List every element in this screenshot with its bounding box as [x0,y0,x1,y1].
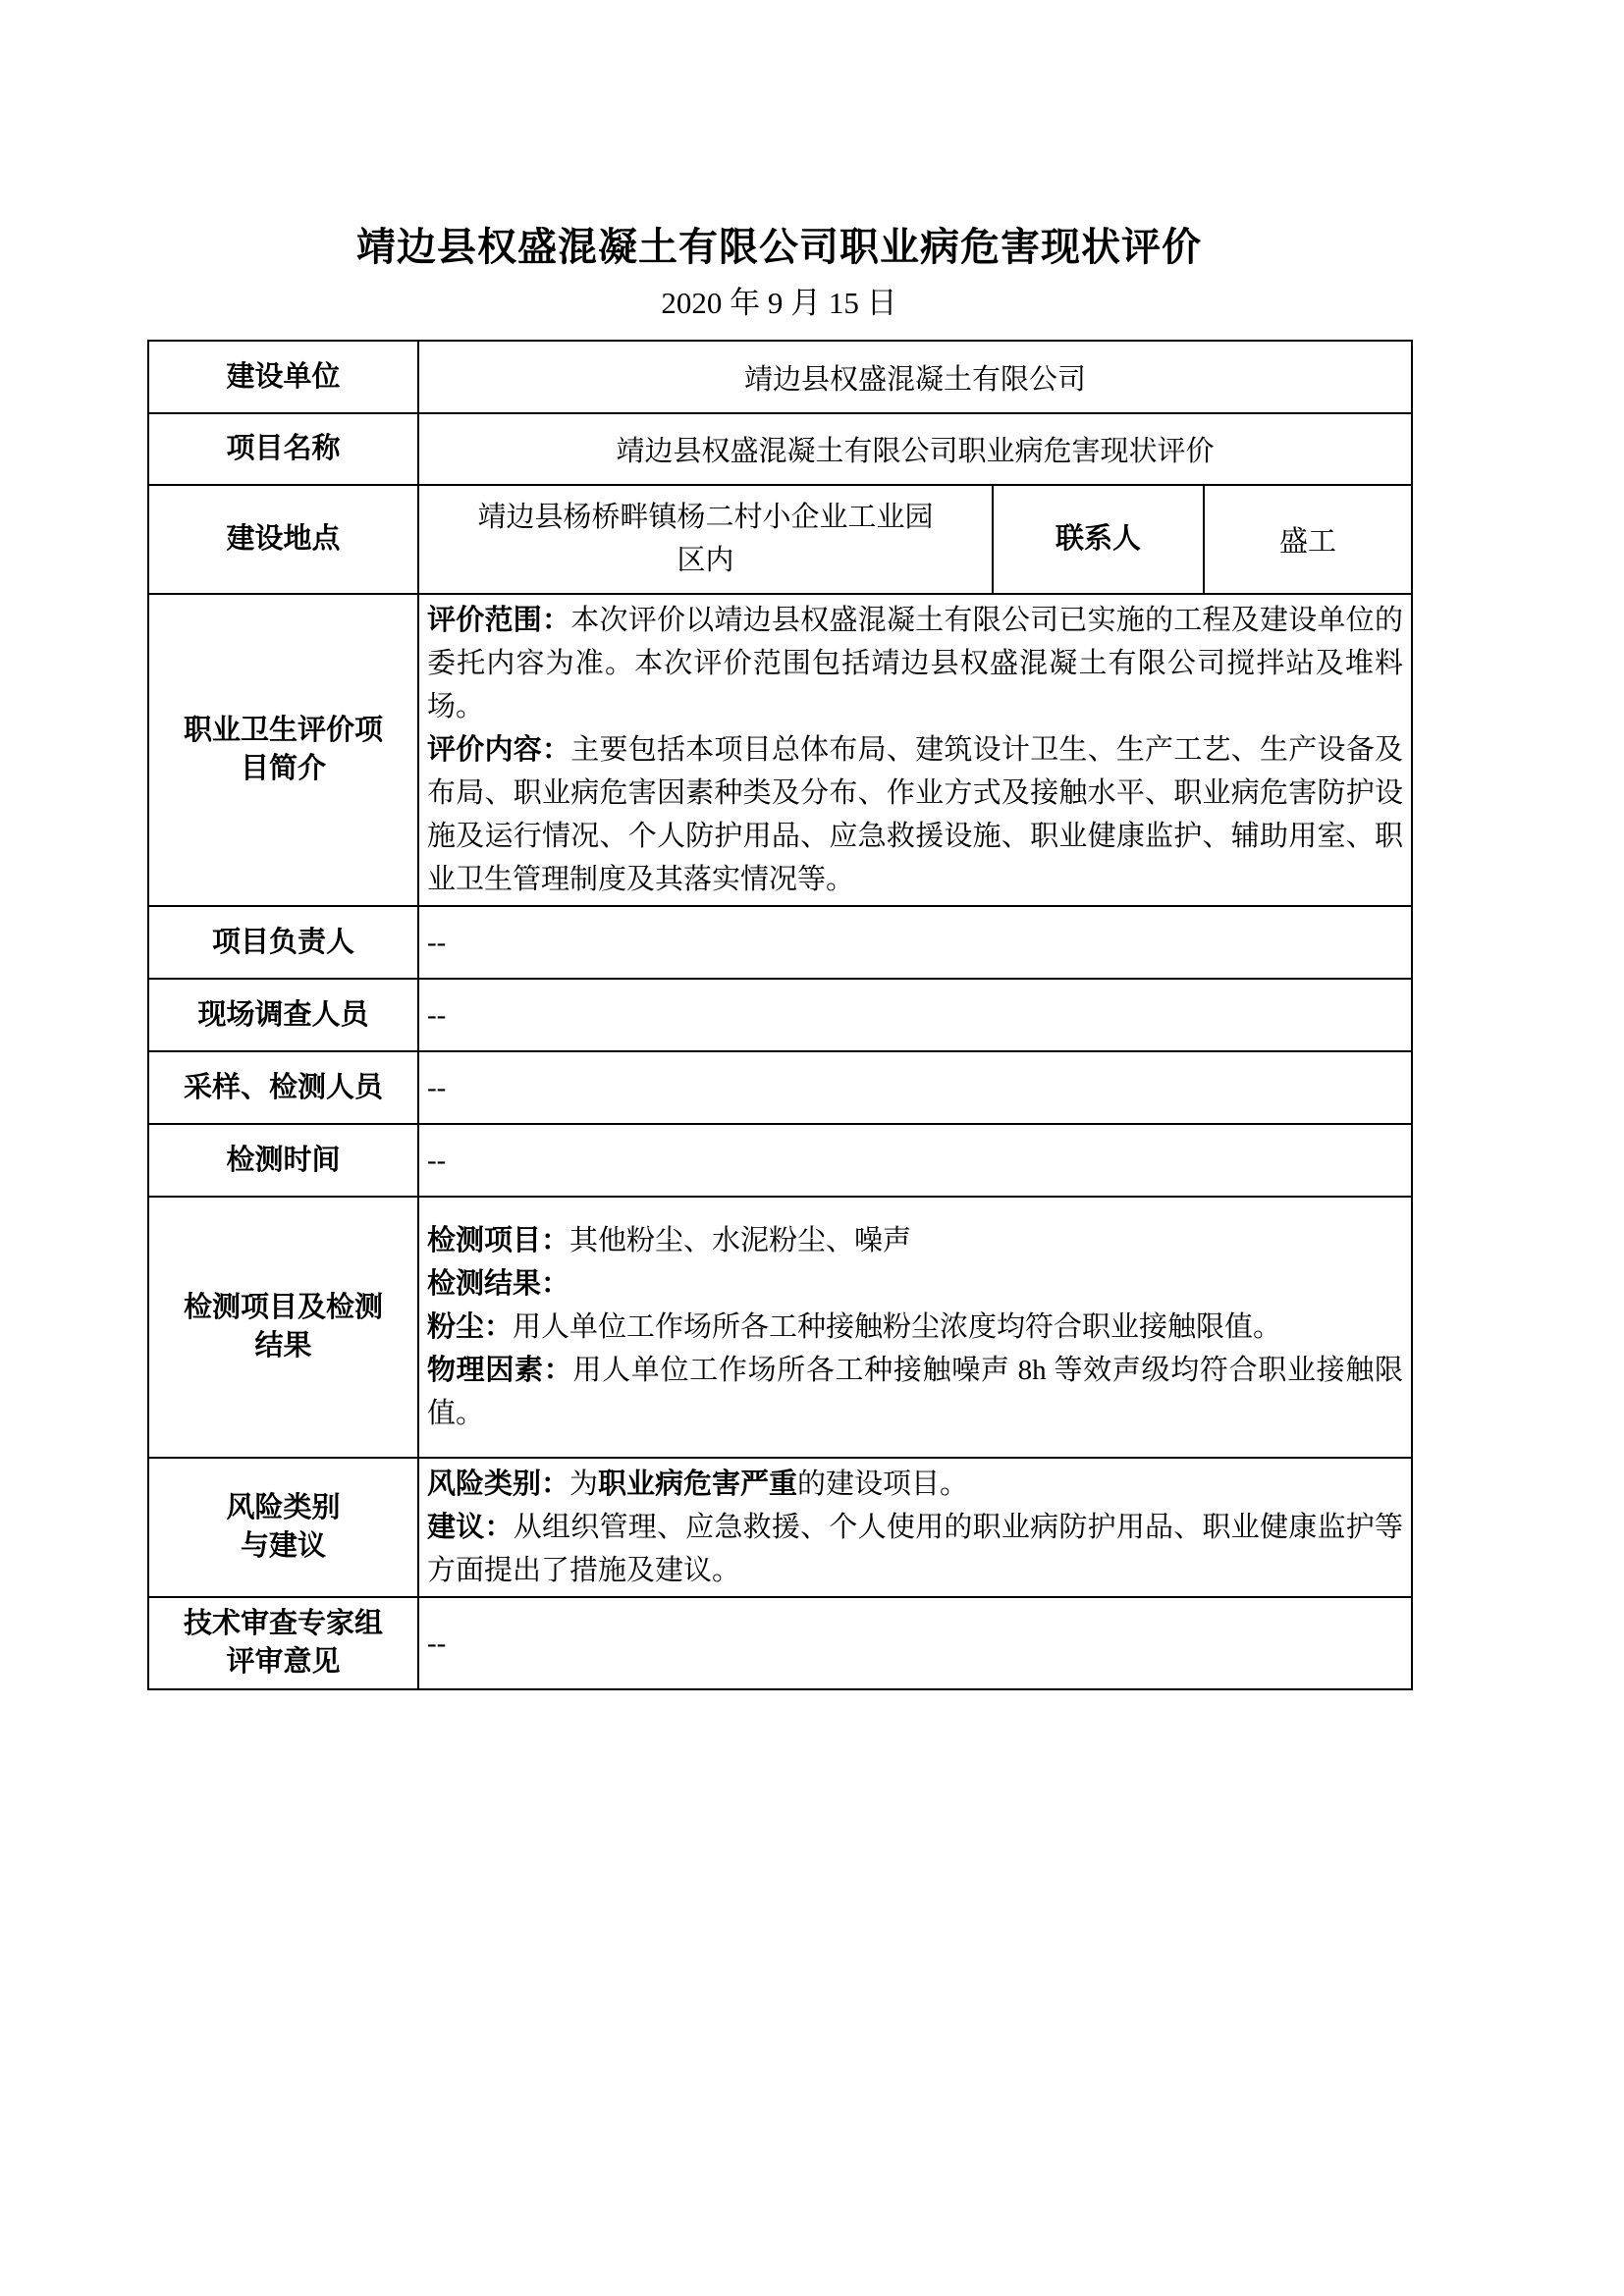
document-sheet: 靖边县权盛混凝土有限公司职业病危害现状评价 2020 年 9 月 15 日 建设… [147,0,1411,1690]
row-label-contact-person: 联系人 [993,485,1204,594]
paragraph-physical-factor-result: 物理因素：用人单位工作场所各工种接触噪声 8h 等效声级均符合职业接触限值。 [427,1349,1403,1435]
row-value-project-leader: -- [418,906,1412,979]
paragraph-dust-result: 粉尘：用人单位工作场所各工种接触粉尘浓度均符合职业接触限值。 [427,1306,1403,1349]
table-row: 采样、检测人员 -- [148,1051,1412,1124]
row-label-test-time: 检测时间 [148,1124,418,1197]
row-label-test-items-results: 检测项目及检测 结果 [148,1197,418,1458]
row-label-sampling-staff: 采样、检测人员 [148,1051,418,1124]
document-page: { "page": { "title": "靖边县权盛混凝土有限公司职业病危害现… [0,0,1624,2296]
paragraph-suggestions: 建议：从组织管理、应急救援、个人使用的职业病防护用品、职业健康监护等方面提出了措… [427,1506,1403,1592]
row-value-construction-site: 靖边县杨桥畔镇杨二村小企业工业园 区内 [418,485,993,594]
row-label-project-intro: 职业卫生评价项 目简介 [148,594,418,906]
row-label-construction-site: 建设地点 [148,485,418,594]
row-label-construction-unit: 建设单位 [148,341,418,413]
table-row: 技术审查专家组 评审意见 -- [148,1597,1412,1689]
row-value-sampling-staff: -- [418,1051,1412,1124]
row-value-project-name: 靖边县权盛混凝土有限公司职业病危害现状评价 [418,413,1412,485]
row-label-risk-category: 风险类别 与建议 [148,1458,418,1597]
row-label-project-leader: 项目负责人 [148,906,418,979]
table-row: 检测时间 -- [148,1124,1412,1197]
table-row: 建设地点 靖边县杨桥畔镇杨二村小企业工业园 区内 联系人 盛工 [148,485,1412,594]
row-value-test-items-results: 检测项目：其他粉尘、水泥粉尘、噪声 检测结果： 粉尘：用人单位工作场所各工种接触… [418,1197,1412,1458]
row-value-construction-unit: 靖边县权盛混凝土有限公司 [418,341,1412,413]
table-row: 检测项目及检测 结果 检测项目：其他粉尘、水泥粉尘、噪声 检测结果： 粉尘：用人… [148,1197,1412,1458]
row-value-project-intro: 评价范围：本次评价以靖边县权盛混凝土有限公司已实施的工程及建设单位的委托内容为准… [418,594,1412,906]
table-row: 现场调查人员 -- [148,979,1412,1051]
row-label-site-survey-staff: 现场调查人员 [148,979,418,1051]
row-value-test-time: -- [418,1124,1412,1197]
row-value-expert-review: -- [418,1597,1412,1689]
table-row: 项目负责人 -- [148,906,1412,979]
document-date: 2020 年 9 月 15 日 [147,287,1411,320]
table-row: 项目名称 靖边县权盛混凝土有限公司职业病危害现状评价 [148,413,1412,485]
paragraph-evaluation-content: 评价内容：主要包括本项目总体布局、建筑设计卫生、生产工艺、生产设备及布局、职业病… [427,728,1403,901]
row-label-project-name: 项目名称 [148,413,418,485]
paragraph-risk-category: 风险类别：为职业病危害严重的建设项目。 [427,1463,1403,1506]
paragraph-evaluation-scope: 评价范围：本次评价以靖边县权盛混凝土有限公司已实施的工程及建设单位的委托内容为准… [427,599,1403,728]
table-row: 风险类别 与建议 风险类别：为职业病危害严重的建设项目。 建议：从组织管理、应急… [148,1458,1412,1597]
row-value-site-survey-staff: -- [418,979,1412,1051]
document-title: 靖边县权盛混凝土有限公司职业病危害现状评价 [147,0,1411,271]
row-value-risk-category: 风险类别：为职业病危害严重的建设项目。 建议：从组织管理、应急救援、个人使用的职… [418,1458,1412,1597]
summary-table: 建设单位 靖边县权盛混凝土有限公司 项目名称 靖边县权盛混凝土有限公司职业病危害… [147,340,1413,1690]
table-row: 建设单位 靖边县权盛混凝土有限公司 [148,341,1412,413]
row-label-expert-review: 技术审查专家组 评审意见 [148,1597,418,1689]
paragraph-test-results: 检测结果： [427,1262,1403,1306]
table-row: 职业卫生评价项 目简介 评价范围：本次评价以靖边县权盛混凝土有限公司已实施的工程… [148,594,1412,906]
row-value-contact-person: 盛工 [1204,485,1412,594]
paragraph-test-items: 检测项目：其他粉尘、水泥粉尘、噪声 [427,1219,1403,1262]
